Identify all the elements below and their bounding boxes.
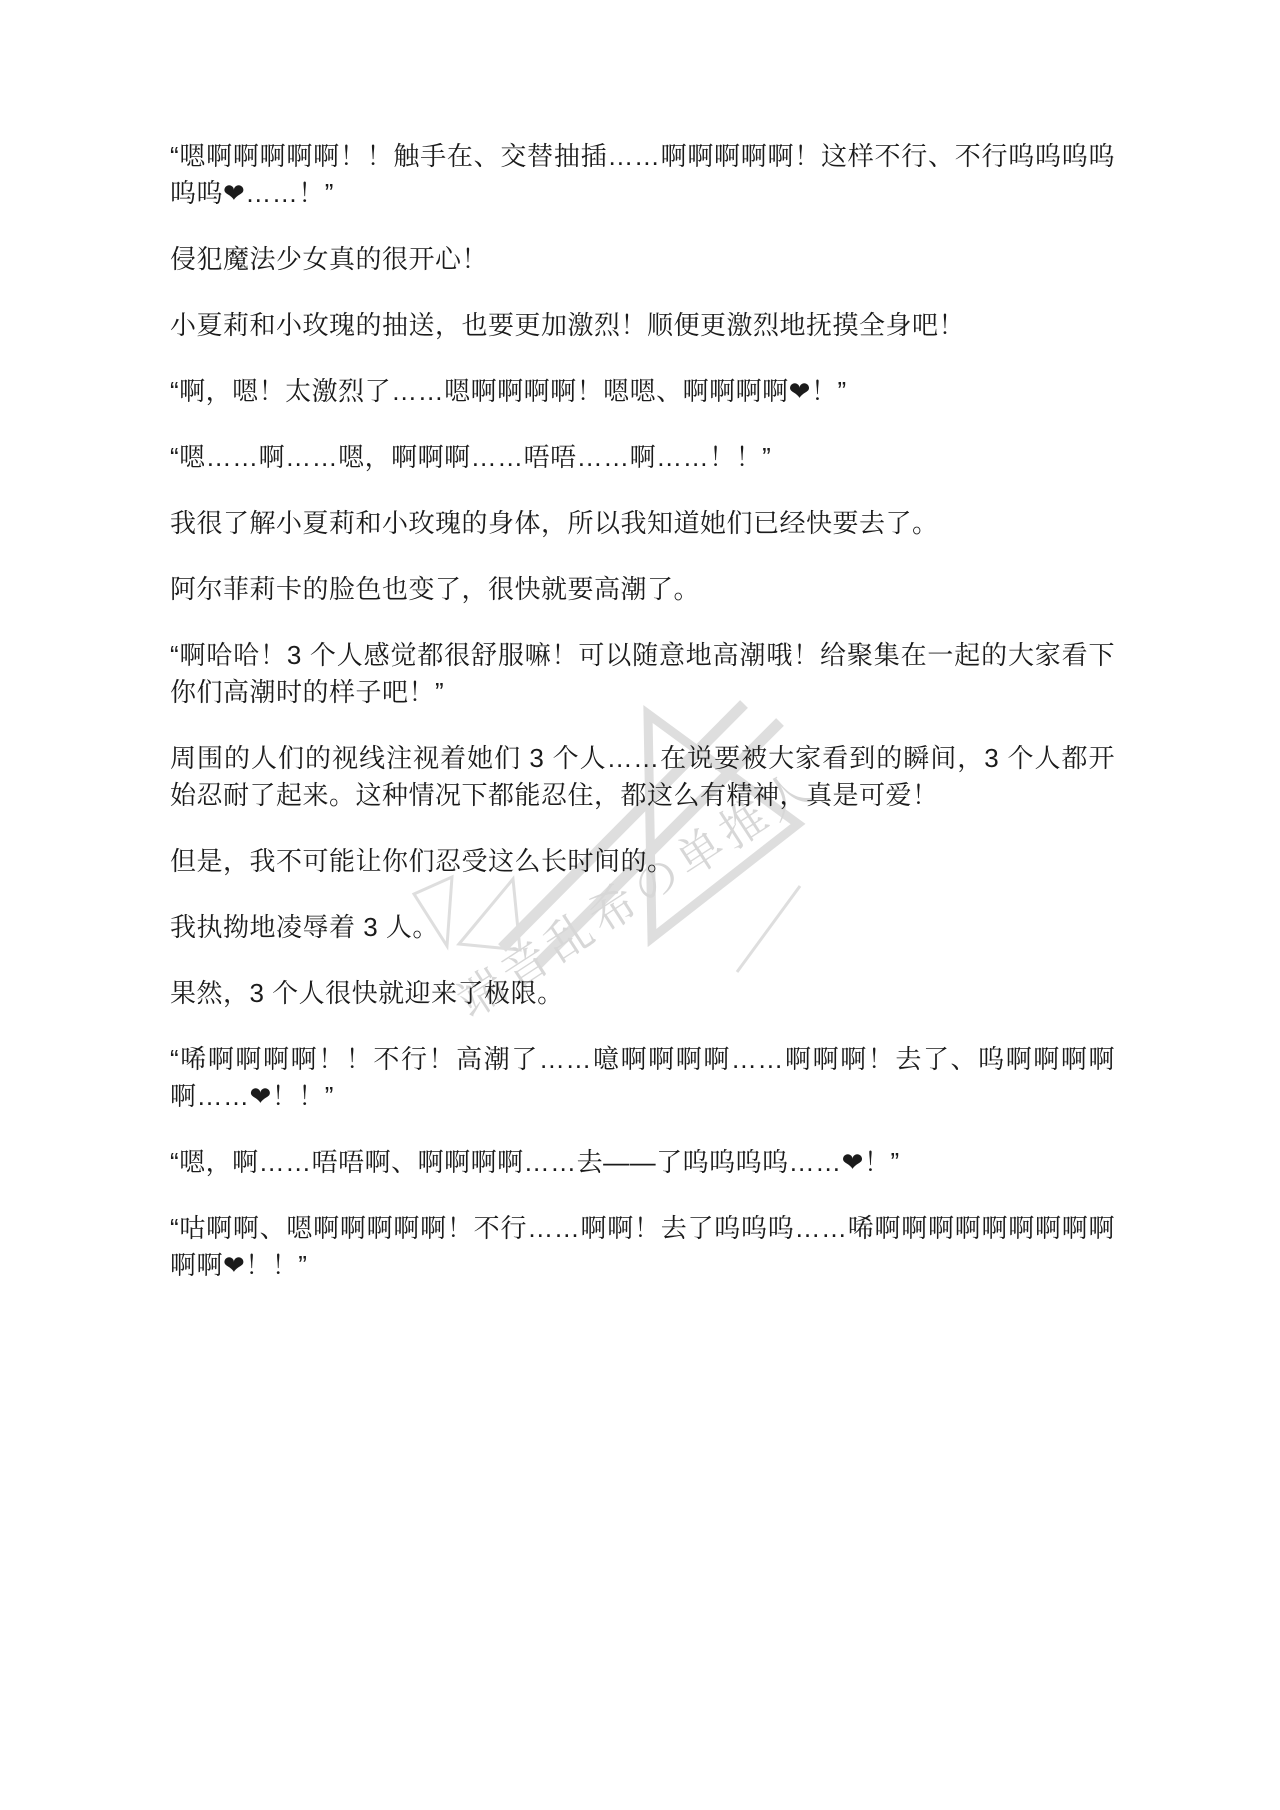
paragraph: 阿尔菲莉卡的脸色也变了，很快就要高潮了。	[170, 571, 1115, 608]
paragraph: 周围的人们的视线注视着她们 3 个人……在说要被大家看到的瞬间，3 个人都开始忍…	[170, 740, 1115, 814]
paragraph: 果然，3 个人很快就迎来了极限。	[170, 975, 1115, 1012]
paragraph: 小夏莉和小玫瑰的抽送，也要更加激烈！顺便更激烈地抚摸全身吧！	[170, 307, 1115, 344]
paragraph: “唏啊啊啊啊！！不行！高潮了……噫啊啊啊啊……啊啊啊！去了、呜啊啊啊啊啊……❤！…	[170, 1041, 1115, 1115]
paragraph: “嗯，啊……唔唔啊、啊啊啊啊……去——了呜呜呜呜……❤！”	[170, 1144, 1115, 1181]
paragraph: “嗯……啊……嗯，啊啊啊……唔唔……啊……！！”	[170, 439, 1115, 476]
paragraph: 我很了解小夏莉和小玫瑰的身体，所以我知道她们已经快要去了。	[170, 505, 1115, 542]
paragraph: 但是，我不可能让你们忍受这么长时间的。	[170, 843, 1115, 880]
paragraph: “嗯啊啊啊啊啊！！触手在、交替抽插……啊啊啊啊啊！这样不行、不行呜呜呜呜呜呜❤……	[170, 138, 1115, 212]
paragraph: 侵犯魔法少女真的很开心！	[170, 241, 1115, 278]
document-page: 端音乱希の单推人 “嗯啊啊啊啊啊！！触手在、交替抽插……啊啊啊啊啊！这样不行、不…	[0, 0, 1280, 1810]
paragraph: “啊哈哈！3 个人感觉都很舒服嘛！可以随意地高潮哦！给聚集在一起的大家看下你们高…	[170, 637, 1115, 711]
paragraph: “啊，嗯！太激烈了……嗯啊啊啊啊！嗯嗯、啊啊啊啊❤！”	[170, 373, 1115, 410]
story-text: “嗯啊啊啊啊啊！！触手在、交替抽插……啊啊啊啊啊！这样不行、不行呜呜呜呜呜呜❤……	[170, 138, 1115, 1313]
paragraph: 我执拗地凌辱着 3 人。	[170, 909, 1115, 946]
paragraph: “咕啊啊、嗯啊啊啊啊啊！不行……啊啊！去了呜呜呜……唏啊啊啊啊啊啊啊啊啊啊啊❤！…	[170, 1210, 1115, 1284]
